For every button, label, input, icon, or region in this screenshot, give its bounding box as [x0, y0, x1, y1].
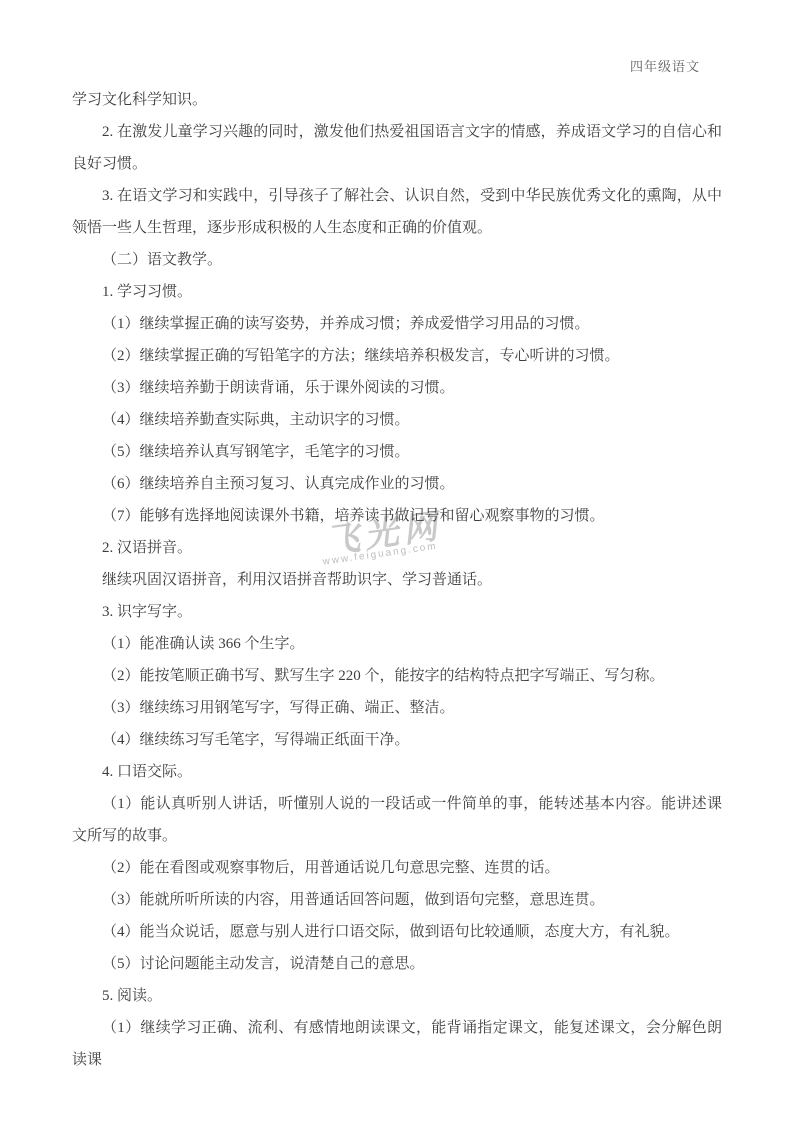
paragraph: （5）讨论问题能主动发言，说清楚自己的意思。	[72, 948, 722, 980]
paragraph: （4）继续培养勤查实际典，主动识字的习惯。	[72, 404, 722, 436]
paragraph: 5. 阅读。	[72, 980, 722, 1012]
paragraph: （1）继续掌握正确的读写姿势，并养成习惯；养成爱惜学习用品的习惯。	[72, 308, 722, 340]
header-title: 四年级语文	[630, 59, 700, 74]
paragraph: 3. 在语文学习和实践中，引导孩子了解社会、认识自然，受到中华民族优秀文化的熏陶…	[72, 180, 722, 244]
paragraph: （3）能就所听所读的内容，用普通话回答问题，做到语句完整，意思连贯。	[72, 884, 722, 916]
paragraph: （1）继续学习正确、流利、有感情地朗读课文，能背诵指定课文，能复述课文，会分解色…	[72, 1012, 722, 1076]
paragraph: （3）继续培养勤于朗读背诵，乐于课外阅读的习惯。	[72, 372, 722, 404]
paragraph: 继续巩固汉语拼音，利用汉语拼音帮助识字、学习普通话。	[72, 564, 722, 596]
document-body: 学习文化科学知识。2. 在激发儿童学习兴趣的同时，激发他们热爱祖国语言文字的情感…	[72, 84, 722, 1076]
paragraph: （3）继续练习用钢笔写字，写得正确、端正、整洁。	[72, 692, 722, 724]
paragraph: （4）能当众说话，愿意与别人进行口语交际，做到语句比较通顺，态度大方，有礼貌。	[72, 916, 722, 948]
page-header: 四年级语文	[0, 56, 700, 75]
paragraph: （4）继续练习写毛笔字，写得端正纸面干净。	[72, 724, 722, 756]
paragraph: （1）能认真听别人讲话，听懂别人说的一段话或一件简单的事，能转述基本内容。能讲述…	[72, 788, 722, 852]
paragraph: 学习文化科学知识。	[72, 84, 722, 116]
paragraph: （2）能在看图或观察事物后，用普通话说几句意思完整、连贯的话。	[72, 852, 722, 884]
paragraph: （5）继续培养认真写钢笔字，毛笔字的习惯。	[72, 436, 722, 468]
paragraph: （2）继续掌握正确的写铅笔字的方法；继续培养积极发言，专心听讲的习惯。	[72, 340, 722, 372]
paragraph: （2）能按笔顺正确书写、默写生字 220 个，能按字的结构特点把字写端正、写匀称…	[72, 660, 722, 692]
paragraph: 2. 在激发儿童学习兴趣的同时，激发他们热爱祖国语言文字的情感，养成语文学习的自…	[72, 116, 722, 180]
paragraph: 3. 识字写字。	[72, 596, 722, 628]
paragraph: （1）能准确认读 366 个生字。	[72, 628, 722, 660]
paragraph: 1. 学习习惯。	[72, 276, 722, 308]
paragraph: （6）继续培养自主预习复习、认真完成作业的习惯。	[72, 468, 722, 500]
document-page: 四年级语文 飞光网 www.feiguang.com 学习文化科学知识。2. 在…	[0, 0, 793, 1122]
paragraph: 2. 汉语拼音。	[72, 532, 722, 564]
paragraph: （二）语文教学。	[72, 244, 722, 276]
paragraph: 4. 口语交际。	[72, 756, 722, 788]
paragraph: （7）能够有选择地阅读课外书籍，培养读书做记号和留心观察事物的习惯。	[72, 500, 722, 532]
